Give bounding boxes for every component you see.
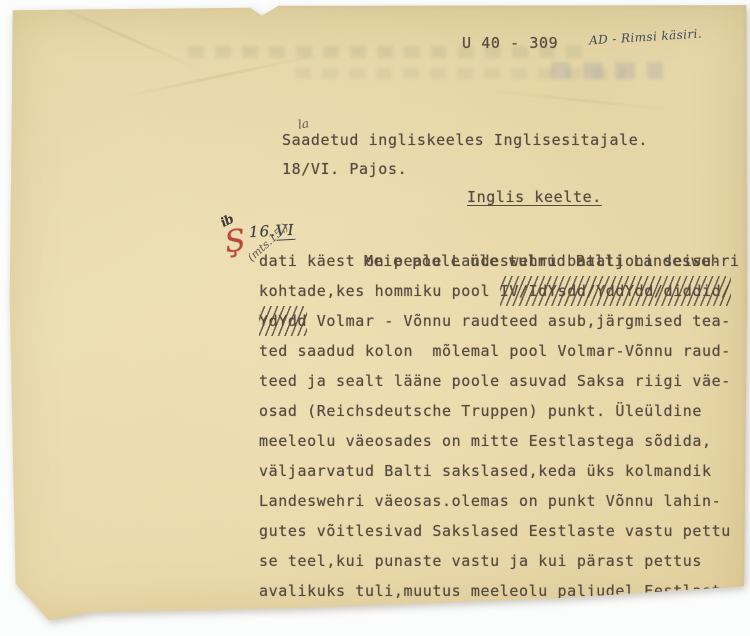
handwritten-annotation-top: AD - Rimsi käsiri. (589, 27, 703, 48)
ink-bleedthrough (295, 68, 625, 79)
paragraph-line: väljaarvatud Balti sakslased,keda üks ko… (259, 456, 750, 486)
paragraph-line: avalikuks tuli,muutus meeleolu paljudel … (259, 576, 750, 606)
intro-block: la Saadetud ingliskeeles Inglisesitajale… (282, 131, 648, 178)
line-text: Volmar - Võnnu raudteed asub,järgmised t… (307, 312, 731, 330)
paper-crease (483, 89, 682, 113)
paragraph-line: ted saadud kolon mõlemal pool Volmar-Võn… (259, 336, 750, 366)
folded-corner (14, 582, 54, 628)
ink-bleedthrough (551, 62, 663, 79)
handwritten-date-number: 16. (249, 222, 277, 241)
intro-line-2: 18/VI. Pajos. (282, 160, 648, 178)
paragraph-line: YdYdd Volmar - Võnnu raudteed asub,järgm… (259, 306, 750, 336)
paper-sheet: U 40 - 309 AD - Rimsi käsiri. la Saadetu… (3, 4, 747, 624)
red-ink-mark: Ş (223, 223, 248, 261)
paper-crease (40, 0, 206, 73)
handwritten-date-roman: VI (275, 221, 295, 241)
scanned-document: U 40 - 309 AD - Rimsi käsiri. la Saadetu… (3, 4, 747, 624)
paragraph-line: gutes võitlesivad Sakslased Eestlaste va… (259, 516, 750, 546)
body-paragraph: 16.VIMeie poole üle tulnud Balti Landesw… (259, 216, 750, 606)
struck-out-text: YdYdd (259, 306, 307, 336)
handwritten-date: 16.VI (248, 215, 295, 247)
struck-out-text: IV/IdYsdd/YddYdd/diddid/ (500, 276, 731, 306)
reference-number: U 40 - 309 (462, 34, 558, 52)
paragraph-line: osad (Reichsdeutsche Truppen) punkt. Üle… (259, 396, 750, 426)
paragraph-line: meeleolu väeosades on mitte Eestlastega … (259, 426, 750, 456)
pencil-correction-mark: la (297, 116, 310, 132)
section-heading: Inglis keelte. (467, 188, 602, 206)
paper-crease (115, 51, 331, 100)
paragraph-line: teed ja sealt lääne poole asuvad Saksa r… (259, 366, 750, 396)
intro-line-1: Saadetud ingliskeeles Inglisesitajale. (282, 131, 648, 149)
paragraph-line: se teel,kui punaste vastu ja kui pärast … (259, 546, 750, 576)
line-text: Meie poole üle tulnud Balti Landeswehri … (364, 252, 750, 270)
paragraph-line: Landeswehri väeosas.olemas on punkt Võnn… (259, 486, 750, 516)
paragraph-line: 16.VIMeie poole üle tulnud Balti Landesw… (259, 216, 750, 246)
